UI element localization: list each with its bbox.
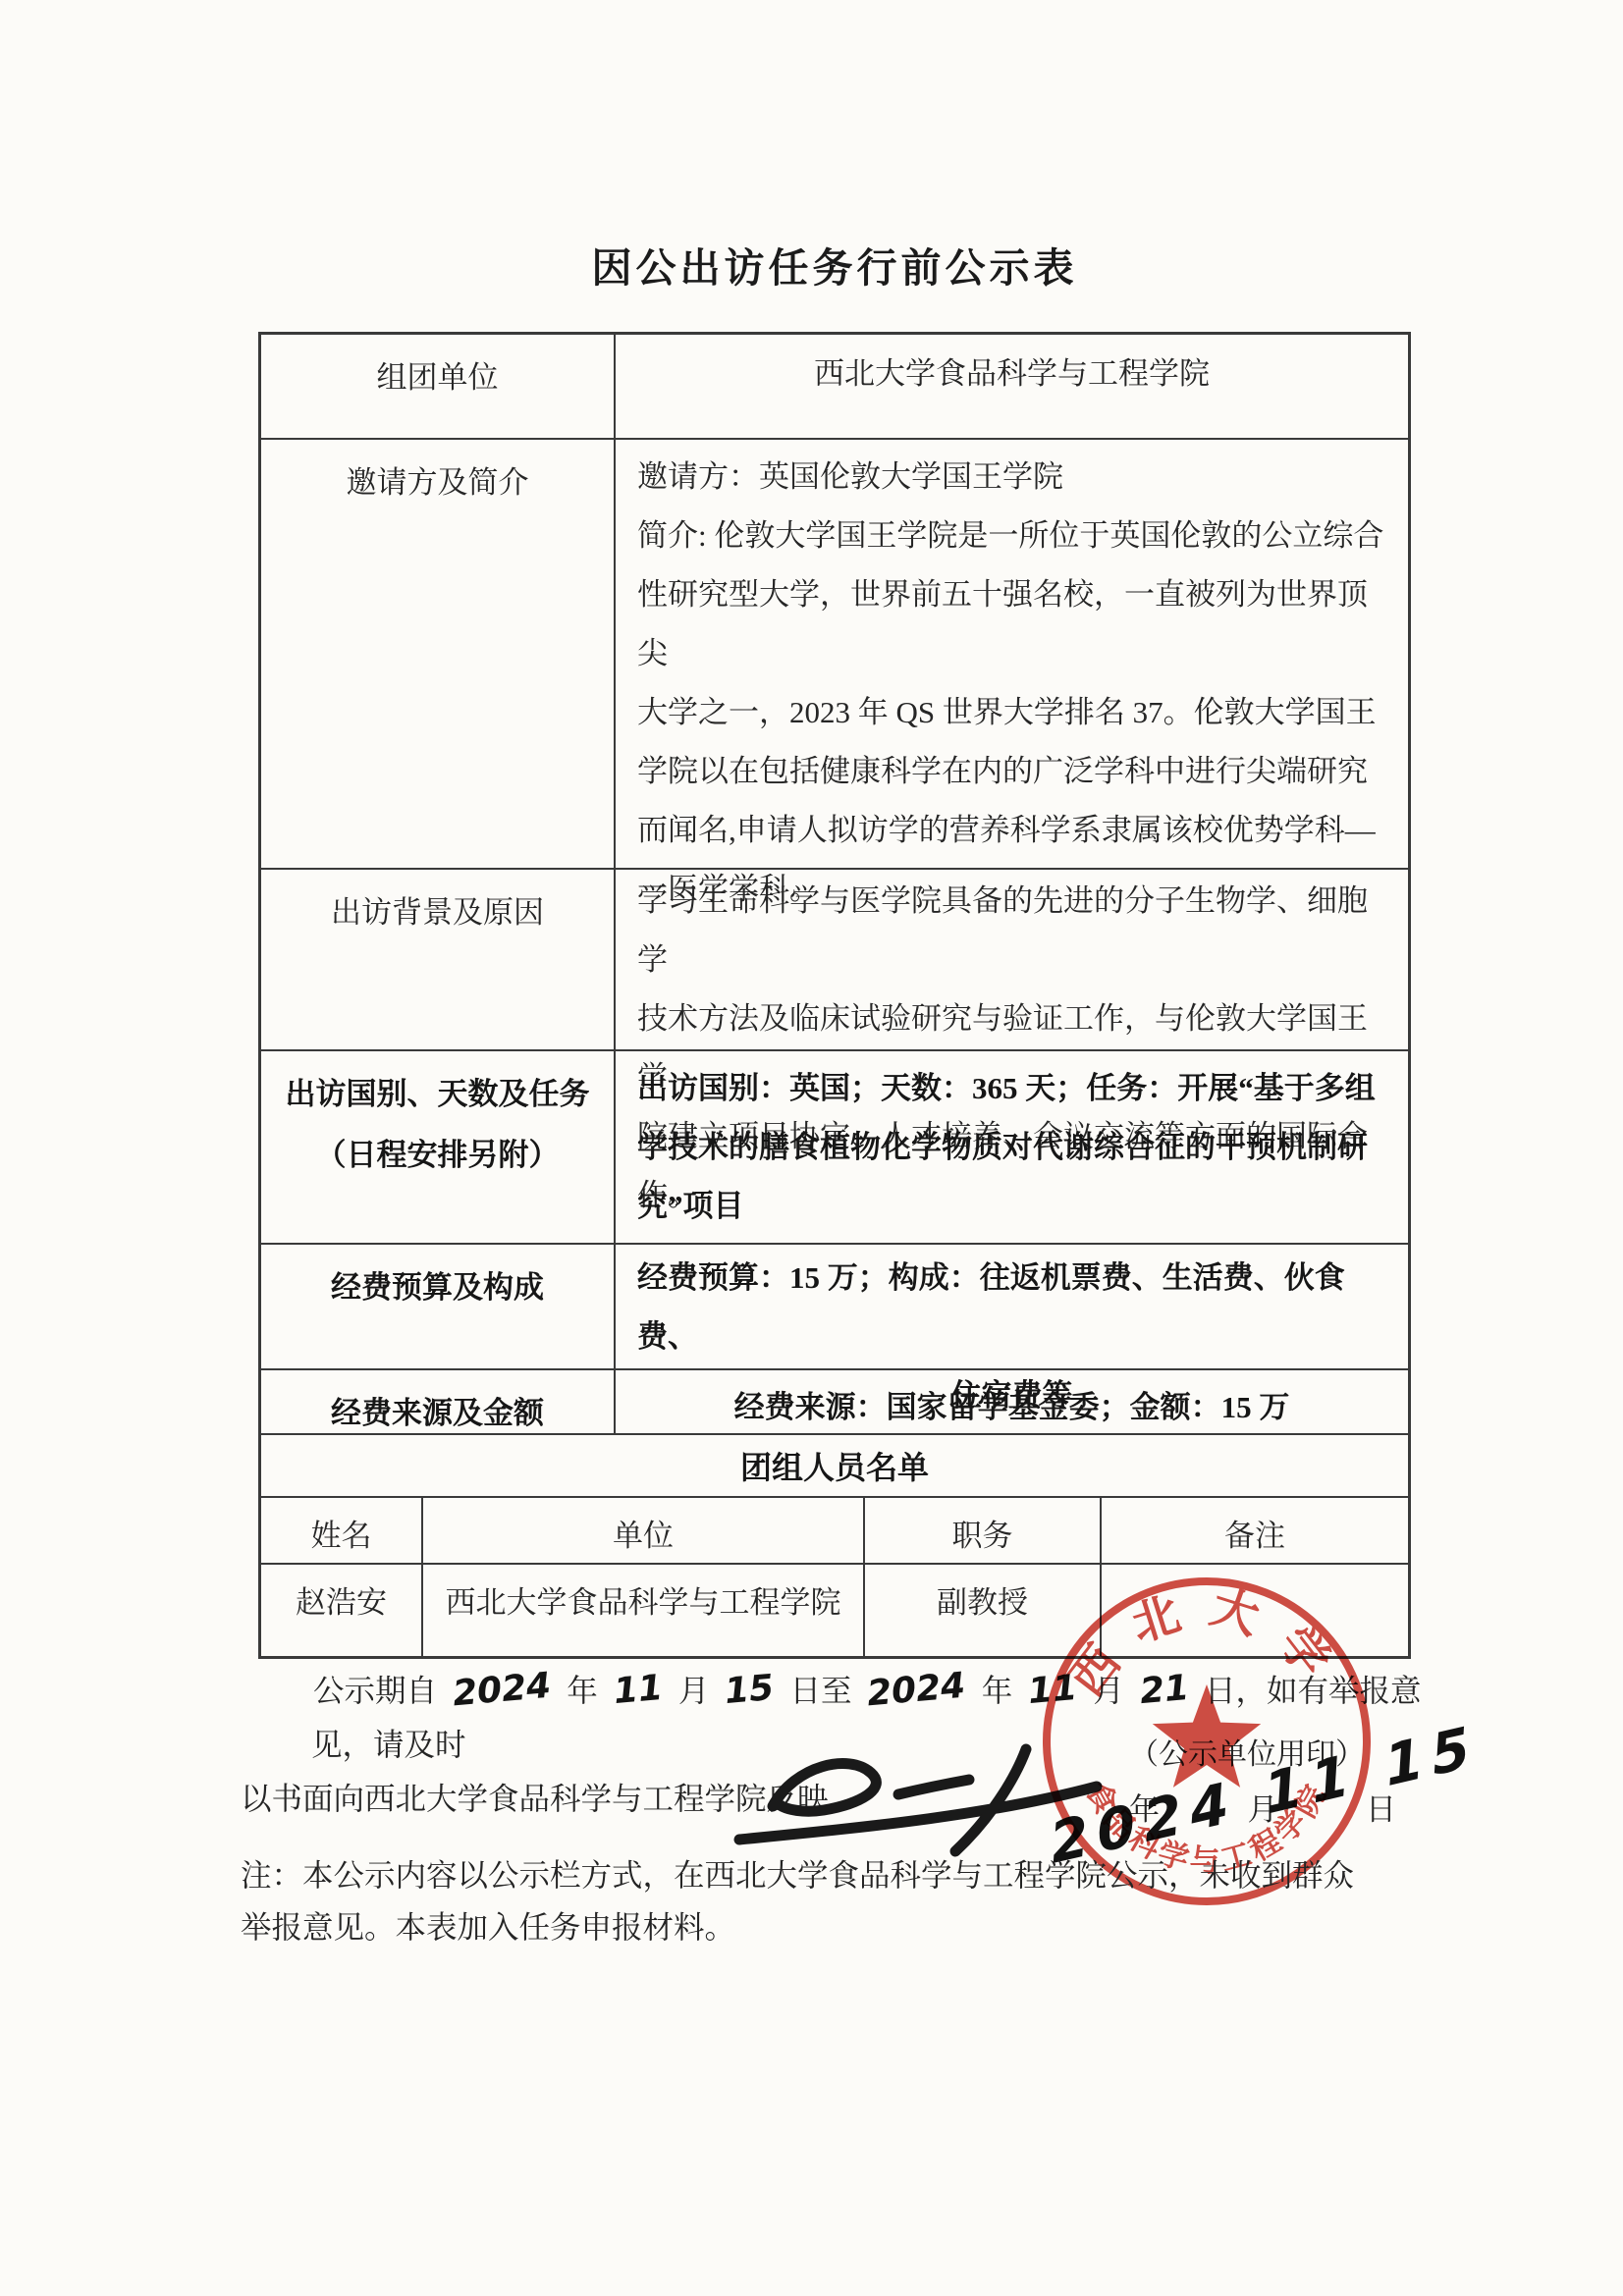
table-row-funding: 经费来源及金额 经费来源：国家留学基金委；金额：15 万	[261, 1368, 1408, 1433]
footnote: 注：本公示内容以公示栏方式，在西北大学食品科学与工程学院公示，未收到群众 举报意…	[241, 1849, 1443, 1953]
destination-line: 学技术的膳食植物化学物质对代谢综合征的干预机制研	[637, 1118, 1386, 1177]
inviter-line: 简介: 伦敦大学国王学院是一所位于英国伦敦的公立综合	[637, 507, 1386, 565]
table-row-group-unit: 组团单位 西北大学食品科学与工程学院	[261, 335, 1408, 438]
destination-value: 出访国别：英国；天数：365 天；任务：开展“基于多组 学技术的膳食植物化学物质…	[616, 1051, 1408, 1243]
destination-line: 出访国别：英国；天数：365 天；任务：开展“基于多组	[637, 1059, 1386, 1118]
table-row-budget: 经费预算及构成 经费预算：15 万；构成：往返机票费、生活费、伙食费、 住宿费等	[261, 1243, 1408, 1368]
background-line: 学习生命科学与医学院具备的先进的分子生物学、细胞学	[637, 872, 1386, 989]
personnel-header-row: 姓名 单位 职务 备注	[261, 1496, 1408, 1563]
funding-label: 经费来源及金额	[261, 1370, 616, 1433]
print-text: 公示期自	[313, 1674, 437, 1708]
footnote-line-1: 注：本公示内容以公示栏方式，在西北大学食品科学与工程学院公示，未收到群众	[241, 1849, 1443, 1901]
print-text: 月	[678, 1674, 710, 1708]
handwritten-year-end: 2024	[865, 1659, 968, 1722]
destination-label-line: 出访国别、天数及任务	[286, 1064, 590, 1125]
budget-line: 经费预算：15 万；构成：往返机票费、生活费、伙食费、	[637, 1249, 1386, 1366]
handwritten-day-start: 15	[723, 1661, 777, 1719]
personnel-header-position: 职务	[865, 1498, 1102, 1563]
background-label: 出访背景及原因	[261, 870, 616, 1049]
destination-label-line: （日程安排另附）	[316, 1125, 560, 1186]
personnel-header-note: 备注	[1102, 1498, 1408, 1563]
destination-line: 究”项目	[637, 1177, 1386, 1236]
print-text: 日至	[789, 1674, 851, 1708]
group-unit-value: 西北大学食品科学与工程学院	[616, 335, 1408, 438]
seal-star-icon	[1153, 1684, 1261, 1788]
destination-label: 出访国别、天数及任务 （日程安排另附）	[261, 1051, 616, 1243]
funding-value: 经费来源：国家留学基金委；金额：15 万	[616, 1370, 1408, 1433]
table-row-background: 出访背景及原因 学习生命科学与医学院具备的先进的分子生物学、细胞学 技术方法及临…	[261, 868, 1408, 1049]
inviter-label: 邀请方及简介	[261, 440, 616, 868]
handwritten-month-start: 11	[611, 1661, 665, 1719]
destination-text: 出访国别：英国；天数：365 天；任务：开展“基于多组 学技术的膳食植物化学物质…	[616, 1051, 1408, 1236]
member-unit: 西北大学食品科学与工程学院	[423, 1565, 865, 1656]
personnel-section-title: 团组人员名单	[740, 1443, 929, 1488]
table-row-destination: 出访国别、天数及任务 （日程安排另附） 出访国别：英国；天数：365 天；任务：…	[261, 1049, 1408, 1243]
page-title: 因公出访任务行前公示表	[258, 236, 1411, 294]
member-name: 赵浩安	[261, 1565, 423, 1656]
budget-value: 经费预算：15 万；构成：往返机票费、生活费、伙食费、 住宿费等	[616, 1245, 1408, 1368]
inviter-line: 学院以在包括健康科学在内的广泛学科中进行尖端研究	[637, 742, 1386, 801]
inviter-line: 邀请方：英国伦敦大学国王学院	[637, 448, 1386, 507]
personnel-header-unit: 单位	[423, 1498, 865, 1563]
group-unit-label: 组团单位	[261, 335, 616, 438]
background-value: 学习生命科学与医学院具备的先进的分子生物学、细胞学 技术方法及临床试验研究与验证…	[616, 870, 1408, 1049]
scanned-form-page: 因公出访任务行前公示表 组团单位 西北大学食品科学与工程学院 邀请方及简介 邀请…	[0, 0, 1623, 2296]
inviter-value: 邀请方：英国伦敦大学国王学院 简介: 伦敦大学国王学院是一所位于英国伦敦的公立综…	[616, 440, 1408, 868]
inviter-line: 而闻名,申请人拟访学的营养科学系隶属该校优势学科—	[637, 801, 1386, 860]
handwritten-year-start: 2024	[451, 1659, 554, 1722]
main-form-table: 组团单位 西北大学食品科学与工程学院 邀请方及简介 邀请方：英国伦敦大学国王学院…	[258, 332, 1411, 1659]
personnel-header-name: 姓名	[261, 1498, 423, 1563]
print-text: 年	[982, 1674, 1013, 1708]
inviter-line: 大学之一，2023 年 QS 世界大学排名 37。伦敦大学国王	[637, 683, 1386, 742]
budget-label: 经费预算及构成	[261, 1245, 616, 1368]
table-row-inviter: 邀请方及简介 邀请方：英国伦敦大学国王学院 简介: 伦敦大学国王学院是一所位于英…	[261, 438, 1408, 868]
inviter-line: 性研究型大学，世界前五十强名校，一直被列为世界顶尖	[637, 565, 1386, 683]
print-text: 年	[567, 1674, 598, 1708]
footnote-line-2: 举报意见。本表加入任务申报材料。	[241, 1901, 1443, 1953]
inviter-text: 邀请方：英国伦敦大学国王学院 简介: 伦敦大学国王学院是一所位于英国伦敦的公立综…	[616, 440, 1408, 919]
